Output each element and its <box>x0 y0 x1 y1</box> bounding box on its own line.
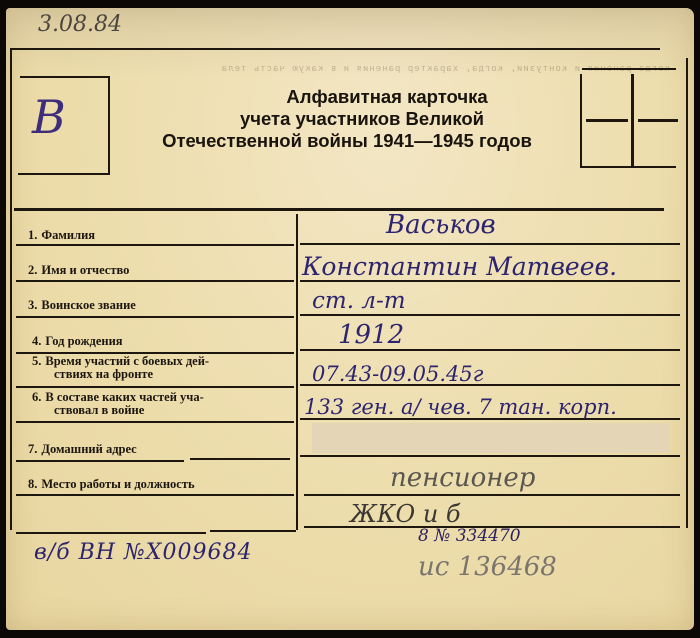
field-label-6: 6.В составе каких частей уча- ствовал в … <box>32 391 204 417</box>
cross-box-mid-right <box>638 119 678 122</box>
cross-box-left <box>580 74 582 166</box>
bottom-rule-left <box>16 532 206 534</box>
military-id: в/б ВН №Х009684 <box>34 540 252 565</box>
bottom-rule-right <box>210 530 296 532</box>
bleed-through-text: когда ранения и контузии, когда, характе… <box>30 64 670 74</box>
field-label-8: 8.Место работы и должность <box>28 478 195 491</box>
redacted-address <box>312 423 670 453</box>
field-label-7: 7.Домашний адрес <box>28 443 137 456</box>
title-line-1: Алфавитная карточка <box>112 86 582 108</box>
row-rule-2 <box>16 280 294 282</box>
row-rule-5 <box>16 386 294 388</box>
cross-box-top <box>582 68 676 70</box>
value-workplace: пенсионер <box>390 463 535 493</box>
value-rule-7 <box>300 455 680 457</box>
value-units: 133 ген. а/ чев. 7 тан. корп. <box>304 395 617 419</box>
right-border <box>686 58 688 528</box>
title-line-2: учета участников Великой <box>112 108 582 130</box>
value-rule-1 <box>300 243 680 245</box>
number-pencil: ис 136468 <box>418 552 557 582</box>
field-label-1: 1.Фамилия <box>28 229 95 242</box>
field-label-3: 3.Воинское звание <box>28 299 136 312</box>
cross-box-mid-left <box>586 119 628 122</box>
value-service-period: 07.43-09.05.45г <box>312 362 483 386</box>
letter-box-top <box>20 76 110 78</box>
letter-box-bottom <box>18 173 110 175</box>
card-title: Алфавитная карточка учета участников Вел… <box>112 86 582 152</box>
field-label-2: 2.Имя и отчество <box>28 264 129 277</box>
row-rule-1 <box>16 244 294 246</box>
top-rule <box>10 48 660 50</box>
row-rule-8 <box>16 494 294 496</box>
value-name-patronymic: Константин Матвеев. <box>302 252 617 281</box>
value-rank: ст. л-т <box>312 288 406 314</box>
index-letter: В <box>32 90 66 144</box>
title-line-3: Отечественной войны 1941—1945 годов <box>112 130 582 152</box>
letter-box-right <box>108 76 110 174</box>
field-label-4: 4.Год рождения <box>32 335 123 348</box>
left-border <box>10 50 12 530</box>
cross-box-middle <box>631 74 634 166</box>
column-divider <box>296 214 298 530</box>
row-rule-6 <box>16 421 294 423</box>
number-ink: 8 № 334470 <box>418 526 521 546</box>
table-top-rule <box>14 208 664 211</box>
row-rule-7b <box>190 458 290 460</box>
value-rule-3 <box>300 314 680 316</box>
value-birth-year: 1912 <box>338 320 404 350</box>
value-surname: Васьков <box>386 210 496 240</box>
row-rule-3 <box>16 316 294 318</box>
date-stamp: 3.08.84 <box>38 12 122 37</box>
field-label-5: 5.Время участий с боевых дей- ствиях на … <box>32 355 209 381</box>
value-workplace-line2: ЖКО и б <box>350 500 461 528</box>
cross-box-bottom <box>580 166 676 168</box>
value-rule-8 <box>304 494 680 496</box>
row-rule-7a <box>16 460 184 462</box>
